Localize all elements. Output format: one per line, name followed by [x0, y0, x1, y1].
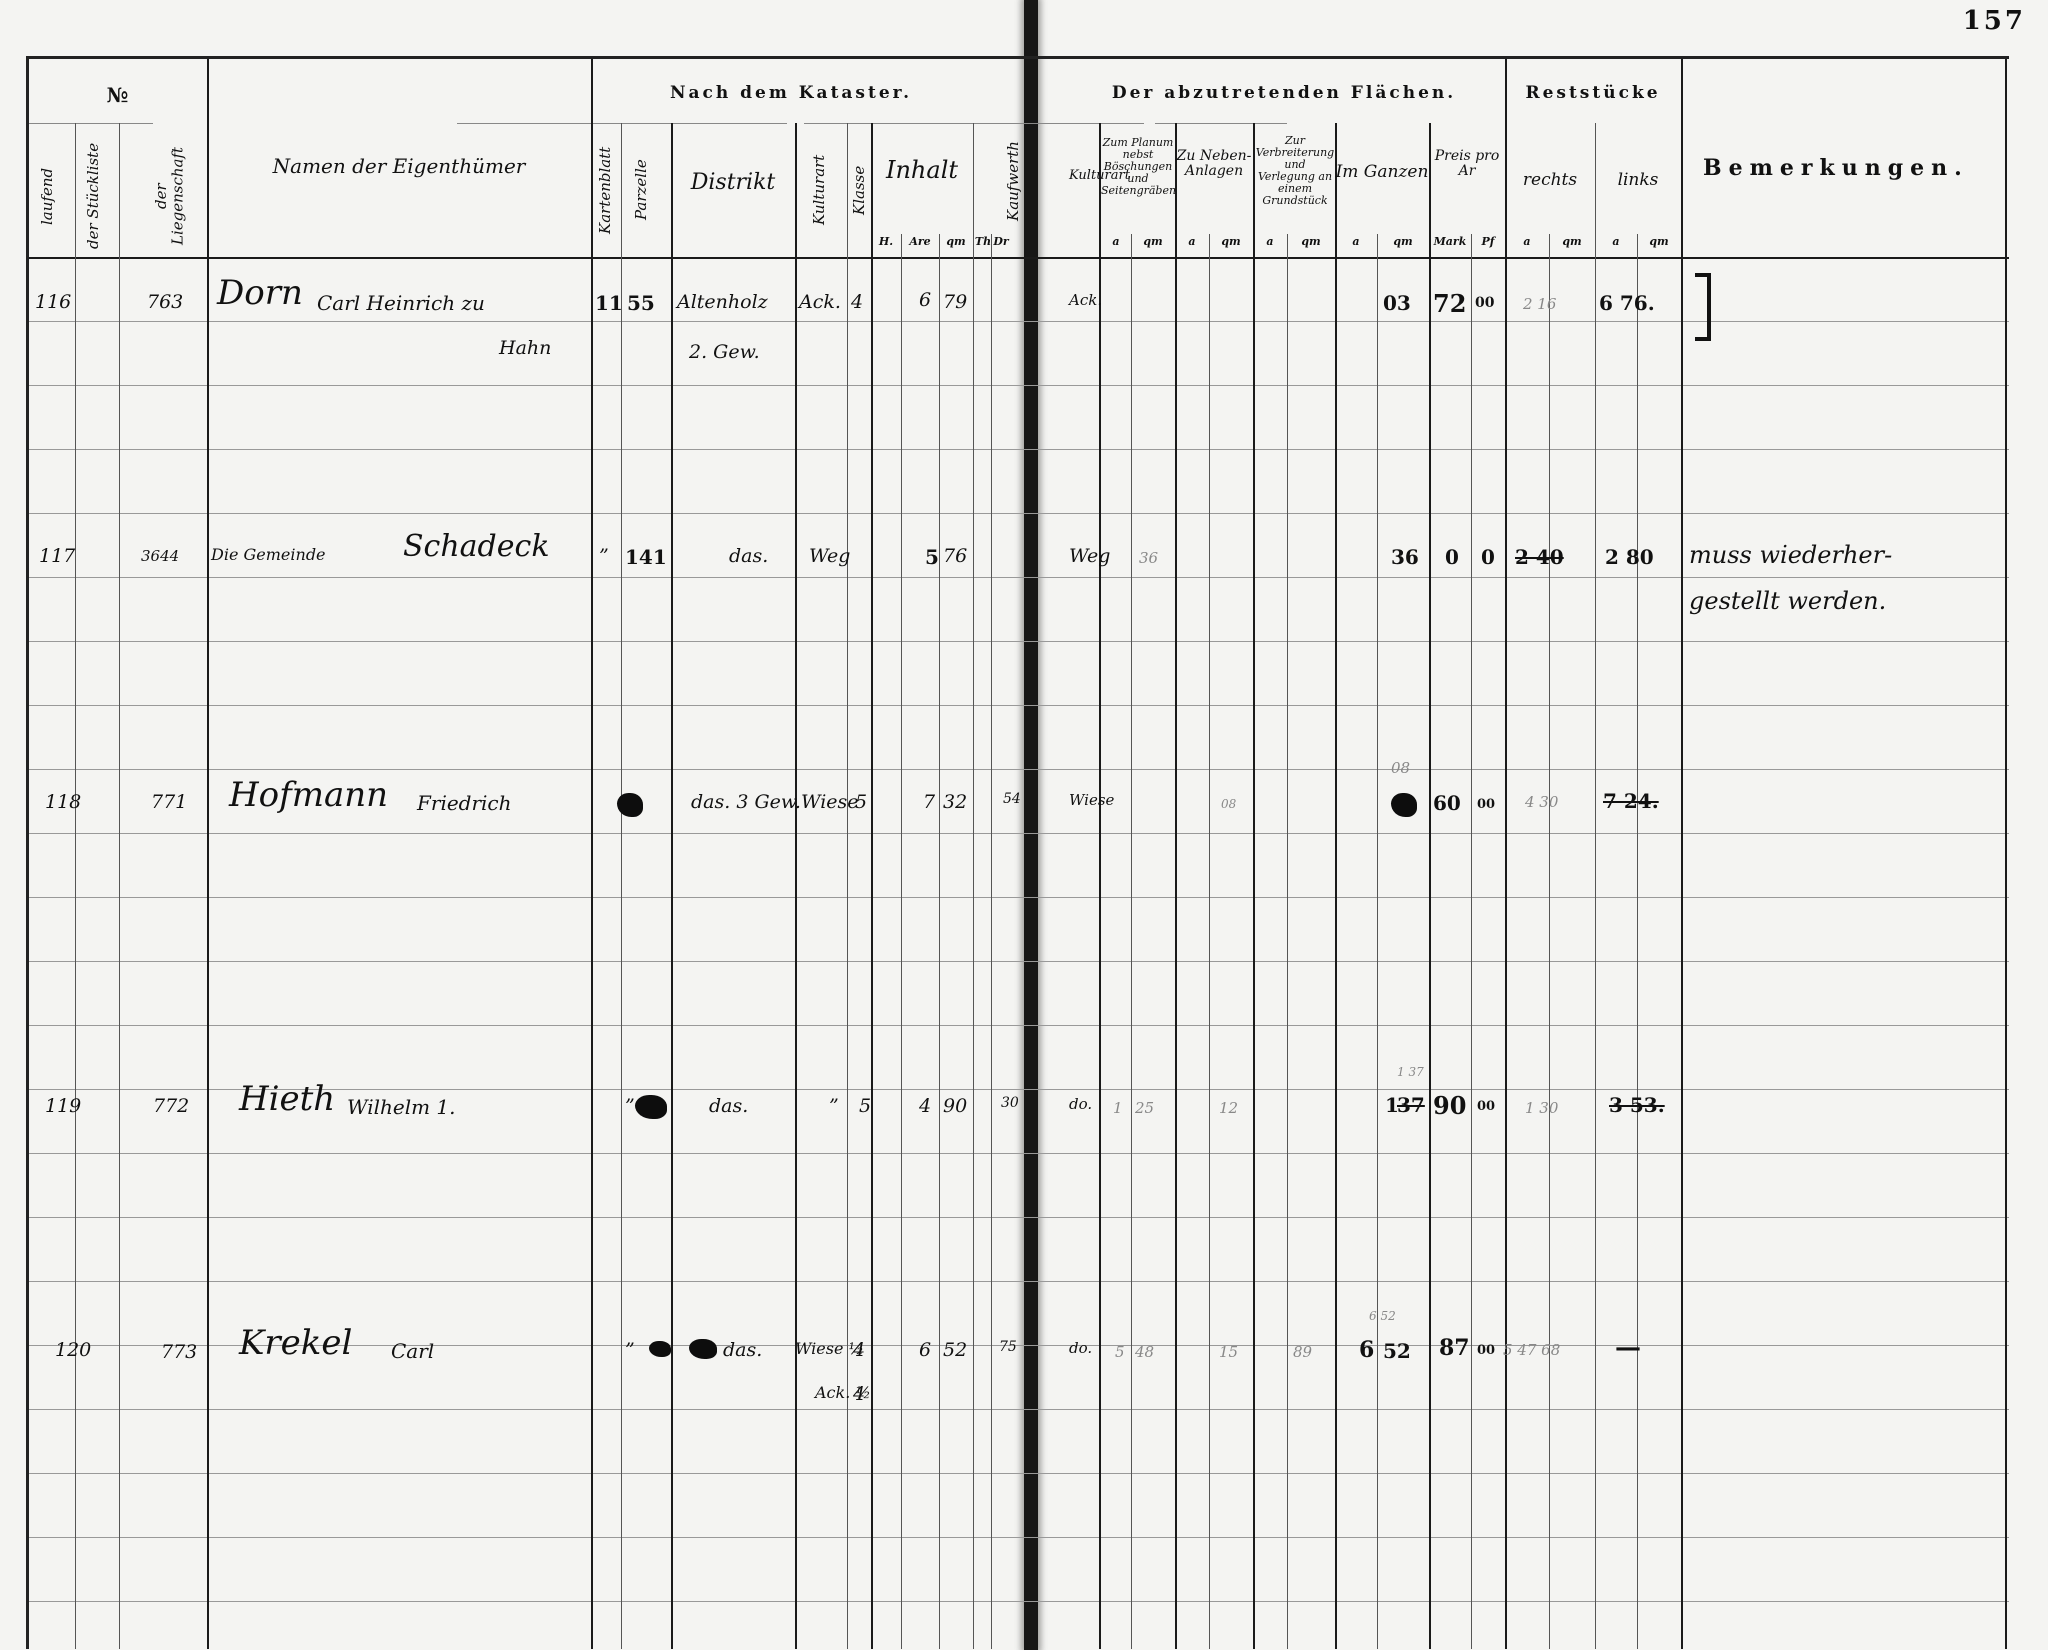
cell-owner-rest: Die Gemeinde — [211, 545, 326, 564]
cell-neben-qm: 08 — [1221, 797, 1236, 811]
flaechen-subrule — [804, 123, 1144, 124]
grid-line — [29, 1537, 2009, 1538]
grid-line — [29, 1153, 2009, 1154]
cell-owner-rest: Friedrich — [417, 791, 512, 815]
cell-planum-a: 5 — [1115, 1343, 1125, 1361]
ledger-table: № Nach dem Kataster. Der abzutretenden F… — [26, 56, 2009, 1649]
col-header-rechts: rechts — [1505, 171, 1595, 190]
cell-klasse-line2: 4 — [853, 1383, 865, 1405]
page-number: 157 — [1963, 6, 2026, 36]
cell-rest-links: 7 24. — [1603, 789, 1659, 813]
unit-pf: Pf — [1471, 235, 1505, 248]
cell-kulturart: Weg — [809, 545, 850, 567]
col-rule — [1131, 234, 1132, 1649]
cell-rest-rechts: 2 40 — [1515, 545, 1564, 569]
cell-distrikt: das. — [709, 1095, 748, 1117]
cell-planum-qm: 36 — [1139, 549, 1158, 567]
cell-preis-mark: 0 — [1445, 545, 1459, 569]
cell-rest-links: 3 53. — [1609, 1093, 1665, 1117]
unit-th: Th — [973, 235, 993, 248]
unit-a: a — [1505, 235, 1549, 248]
col-header-stueckliste: der Stückliste — [85, 141, 102, 251]
cell-inhalt-are: 4 — [919, 1095, 931, 1117]
cell-preis-mark: 72 — [1433, 289, 1466, 318]
col-rule — [591, 59, 593, 1649]
cell-inhalt-qm: 52 — [943, 1339, 967, 1361]
col-header-kartenblatt: Kartenblatt — [597, 131, 614, 249]
col-rule — [795, 123, 797, 1649]
grid-line — [29, 1217, 2009, 1218]
col-rule — [1209, 234, 1210, 1649]
cell-laufend: 120 — [55, 1339, 91, 1361]
cell-f-kulturart: do. — [1069, 1095, 1092, 1113]
unit-qm: qm — [1131, 235, 1175, 248]
col-rule — [1377, 234, 1378, 1649]
cell-kulturart: Wiese — [801, 791, 859, 813]
cell-owner: Hieth — [239, 1079, 335, 1119]
cell-planum-qm: 48 — [1135, 1343, 1154, 1361]
cell-inhalt-qm: 79 — [943, 291, 967, 313]
cell-kulturart: ” — [829, 1095, 839, 1117]
cell-kartenblatt: 11 — [595, 291, 623, 315]
flaechen-group-title: Der abzutretenden Flächen. — [1069, 83, 1499, 103]
col-rule — [119, 123, 120, 1649]
grid-line — [29, 321, 2009, 322]
cell-inhalt-are: 7 — [923, 791, 935, 813]
cell-liegenschaft: 3644 — [141, 547, 179, 565]
col-header-links: links — [1595, 171, 1681, 190]
unit-a: a — [1253, 235, 1287, 248]
cell-preis-mark: 90 — [1433, 1091, 1466, 1120]
unit-a: a — [1101, 235, 1131, 248]
cell-remarks: muss wiederher- — [1689, 541, 1892, 569]
cell-kaufwerth: 30 — [1001, 1095, 1019, 1111]
cell-laufend: 118 — [45, 791, 81, 813]
col-rule — [2005, 59, 2007, 1649]
grid-line — [29, 385, 2009, 386]
cell-owner: Krekel — [239, 1323, 352, 1363]
col-header-distrikt: Distrikt — [671, 171, 795, 195]
ledger-page: 157 — [0, 0, 2048, 1650]
col-rule — [207, 59, 209, 1649]
cell-kartenblatt: ” — [599, 545, 609, 567]
cell-inhalt-qm: 32 — [943, 791, 967, 813]
cell-inhalt-are: 6 — [919, 1339, 931, 1361]
nr-group-title: № — [89, 83, 149, 107]
grid-line — [29, 769, 2009, 770]
col-header-planum: Zum Planum nebst Böschungen und Seitengr… — [1101, 137, 1175, 197]
cell-distrikt-line2: 2. Gew. — [689, 341, 760, 363]
col-rule — [1099, 123, 1101, 1649]
col-header-klasse: Klasse — [851, 131, 868, 249]
col-header-verbreiterung: Zur Verbreiterung und Verlegung an einem… — [1255, 135, 1335, 208]
cell-f-kulturart: Ack. — [1069, 291, 1102, 309]
bracket-mark — [1695, 273, 1711, 341]
cell-owner-rest: Carl — [391, 1339, 434, 1363]
col-rule — [1429, 123, 1431, 1649]
cell-preis-pf: 00 — [1477, 1099, 1495, 1114]
cell-ganzen-note: 6 52 — [1369, 1309, 1396, 1323]
unit-a: a — [1335, 235, 1377, 248]
col-rule — [75, 123, 76, 1649]
cell-neben-qm: 12 — [1219, 1099, 1238, 1117]
cell-laufend: 117 — [39, 545, 75, 567]
cell-laufend: 116 — [35, 291, 71, 313]
cell-liegenschaft: 771 — [151, 791, 187, 813]
col-rule — [1175, 123, 1177, 1649]
grid-line — [29, 705, 2009, 706]
col-header-laufend: laufend — [39, 141, 56, 251]
cell-ganzen-note: 08 — [1391, 759, 1410, 777]
cell-verbr-qm: 89 — [1293, 1343, 1312, 1361]
col-rule — [1471, 234, 1472, 1649]
cell-inhalt-qm: 90 — [943, 1095, 967, 1117]
unit-qm: qm — [1549, 235, 1595, 248]
cell-distrikt: das. — [723, 1339, 762, 1361]
cell-parzelle: 141 — [625, 545, 667, 569]
col-header-kaufwerth: Kaufwerth — [1005, 131, 1022, 231]
grid-line — [29, 1025, 2009, 1026]
col-rule — [1335, 123, 1337, 1649]
unit-mark: Mark — [1429, 235, 1471, 248]
grid-line — [29, 897, 2009, 898]
grid-line — [29, 961, 2009, 962]
cell-rest-rechts: 2 16 — [1523, 295, 1556, 313]
col-header-remarks: Bemerkungen. — [1703, 155, 1969, 181]
col-rule — [671, 123, 673, 1649]
cell-kaufwerth: 75 — [999, 1339, 1017, 1355]
cell-rest-links: — — [1615, 1333, 1641, 1363]
cell-ganzen-qm: 03 — [1383, 291, 1411, 315]
cell-kartenblatt: ” — [625, 1339, 635, 1361]
cell-remarks-line2: gestellt werden. — [1689, 587, 1886, 615]
header-bottom-rule — [29, 257, 2009, 259]
cell-ganzen-qm: 52 — [1383, 1339, 1411, 1363]
ink-blot — [649, 1341, 671, 1357]
cell-owner-line2: Hahn — [499, 337, 551, 359]
col-header-parzelle: Parzelle — [633, 131, 650, 249]
grid-line — [29, 1473, 2009, 1474]
unit-qm: qm — [939, 235, 973, 248]
unit-qm: qm — [1209, 235, 1253, 248]
cell-distrikt: das. — [729, 545, 768, 567]
cell-inhalt-qm: 76 — [943, 545, 967, 567]
cell-liegenschaft: 772 — [153, 1095, 189, 1117]
cell-preis-pf: 00 — [1477, 1343, 1495, 1358]
col-rule — [1253, 123, 1255, 1649]
col-rule — [1287, 234, 1288, 1649]
cell-ganzen-qm: 37 — [1397, 1093, 1425, 1117]
unit-a: a — [1595, 235, 1637, 248]
nr-subrule — [29, 123, 153, 124]
col-rule — [1505, 59, 1507, 1649]
cell-kulturart: Ack. — [799, 291, 841, 313]
col-rule — [901, 234, 902, 1649]
cell-kaufwerth: 54 — [1003, 791, 1021, 807]
cell-laufend: 119 — [45, 1095, 81, 1117]
cell-owner-rest: Wilhelm 1. — [347, 1095, 456, 1119]
col-header-kulturart: Kulturart — [811, 131, 828, 249]
cell-owner: Schadeck — [403, 529, 550, 564]
unit-qm: qm — [1377, 235, 1429, 248]
cell-liegenschaft: 763 — [147, 291, 183, 313]
kataster-group-title: Nach dem Kataster. — [591, 83, 991, 103]
cell-liegenschaft: 773 — [161, 1341, 197, 1363]
ink-blot — [635, 1095, 667, 1119]
cell-planum-qm: 25 — [1135, 1099, 1154, 1117]
ink-blot — [689, 1339, 717, 1359]
grid-line — [29, 833, 2009, 834]
col-rule — [939, 234, 940, 1649]
cell-ganzen-note: 1 37 — [1397, 1065, 1424, 1079]
cell-f-kulturart: Wiese — [1069, 791, 1114, 809]
col-rule — [973, 123, 974, 1649]
cell-klasse: 4 — [851, 291, 863, 313]
unit-qm: qm — [1637, 235, 1681, 248]
cell-owner-rest: Carl Heinrich zu — [317, 291, 485, 315]
cell-preis-pf: 00 — [1477, 797, 1495, 812]
cell-rest-links: 2 80 — [1605, 545, 1654, 569]
cell-f-kulturart: do. — [1069, 1339, 1092, 1357]
col-header-neben: Zu Neben-Anlagen — [1175, 149, 1253, 180]
kataster-subrule — [457, 123, 787, 124]
cell-ganzen-a: 6 — [1359, 1337, 1374, 1363]
unit-h: H. — [871, 235, 901, 248]
grid-line — [29, 513, 2009, 514]
col-header-preis: Preis pro Ar — [1429, 149, 1505, 180]
cell-parzelle: 55 — [627, 291, 655, 315]
ink-blot — [1391, 793, 1417, 817]
cell-preis-mark: 87 — [1439, 1335, 1470, 1361]
cell-neben-qm: 15 — [1219, 1343, 1238, 1361]
col-header-f-kulturart: Kulturart — [1069, 169, 1101, 183]
cell-klasse: 5 — [859, 1095, 871, 1117]
col-header-inhalt: Inhalt — [871, 157, 973, 183]
col-rule — [871, 123, 873, 1649]
col-rule — [1637, 234, 1638, 1649]
cell-preis-pf: 0 — [1481, 545, 1495, 569]
cell-rest-rechts: 5 47 68 — [1503, 1341, 1560, 1359]
col-header-ganzen: Im Ganzen — [1335, 163, 1429, 182]
unit-dr: Dr — [991, 235, 1011, 248]
cell-owner: Hofmann — [229, 775, 388, 815]
cell-planum-a: 1 — [1113, 1099, 1123, 1117]
unit-are: Are — [901, 235, 939, 248]
cell-rest-rechts: 1 30 — [1525, 1099, 1558, 1117]
cell-owner: Dorn — [217, 273, 303, 313]
ink-blot — [617, 793, 643, 817]
col-rule — [1595, 123, 1596, 1649]
col-rule — [847, 123, 848, 1649]
cell-preis-pf: 00 — [1475, 295, 1494, 311]
col-header-liegenschaft: der Liegenschaft — [153, 141, 186, 251]
cell-distrikt: Altenholz — [677, 291, 768, 313]
col-rule — [621, 123, 622, 1649]
cell-klasse: 5 — [855, 791, 867, 813]
grid-line — [29, 1601, 2009, 1602]
grid-line — [29, 449, 2009, 450]
col-rule — [991, 234, 992, 1649]
cell-kartenblatt: ” — [625, 1095, 635, 1117]
col-rule — [1549, 234, 1550, 1649]
unit-qm: qm — [1287, 235, 1335, 248]
reststuecke-group-title: Reststücke — [1505, 83, 1681, 103]
cell-preis-mark: 60 — [1433, 791, 1461, 815]
cell-f-kulturart: Weg — [1069, 545, 1110, 567]
cell-rest-links: 6 76. — [1599, 291, 1655, 315]
grid-line — [29, 641, 2009, 642]
unit-a: a — [1175, 235, 1209, 248]
grid-line — [29, 1281, 2009, 1282]
cell-klasse: 4 — [853, 1339, 865, 1361]
cell-ganzen-qm: 36 — [1391, 545, 1419, 569]
grid-line — [29, 577, 2009, 578]
grid-line — [29, 1409, 2009, 1410]
cell-rest-rechts: 4 30 — [1525, 793, 1558, 811]
cell-inhalt-are: 5 — [925, 545, 939, 569]
cell-inhalt-are: 6 — [919, 289, 931, 311]
col-header-owner: Namen der Eigenthümer — [219, 155, 579, 177]
cell-distrikt: das. 3 Gew. — [691, 791, 801, 813]
col-rule — [1681, 59, 1683, 1649]
